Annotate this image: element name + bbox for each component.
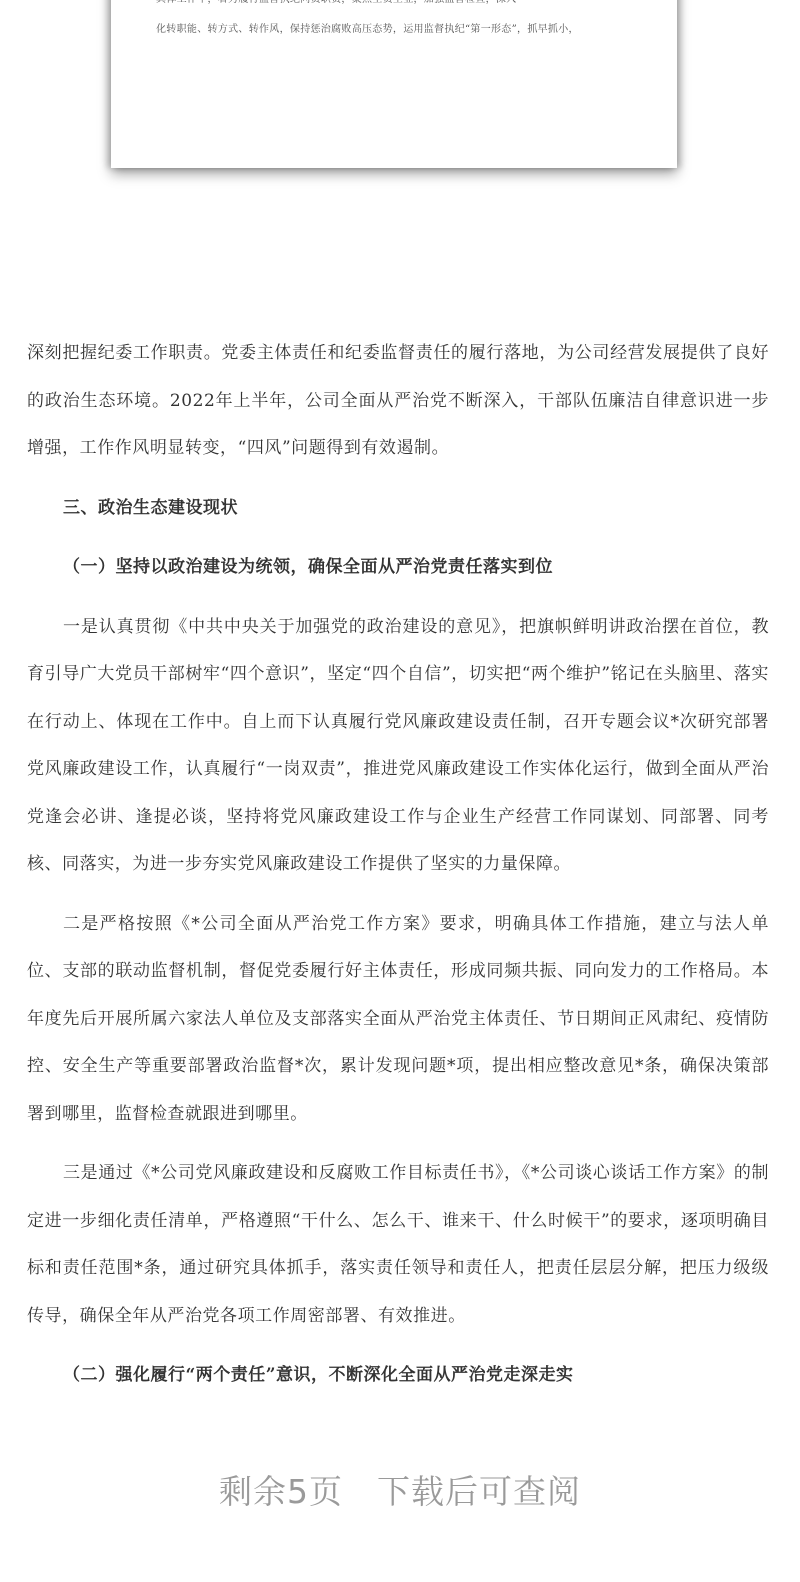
section-heading-3: 三、政治生态建设现状 <box>27 485 769 533</box>
document-body: 深刻把握纪委工作职责。党委主体责任和纪委监督责任的履行落地，为公司经营发展提供了… <box>27 330 769 1400</box>
preview-last-line: 化转职能、转方式、转作风，保持惩治腐败高压态势，运用监督执纪“第一形态”，抓早抓… <box>156 20 579 35</box>
remaining-pages-label: 剩余5页 <box>219 1466 343 1513</box>
subsection-heading-1: （一）坚持以政治建设为统领，确保全面从严治党责任落实到位 <box>27 544 769 592</box>
download-hint-label: 下载后可查阅 <box>377 1466 581 1513</box>
document-page-preview: 具体工作中，着力履行监督执纪问责职责，聚焦主责主业，加强监督检查，深入 化转职能… <box>111 0 677 168</box>
preview-clipped-line: 具体工作中，着力履行监督执纪问责职责，聚焦主责主业，加强监督检查，深入 <box>156 0 517 5</box>
subsection-heading-2: （二）强化履行“两个责任”意识，不断深化全面从严治党走深走实 <box>27 1352 769 1400</box>
paragraph-intro: 深刻把握纪委工作职责。党委主体责任和纪委监督责任的履行落地，为公司经营发展提供了… <box>27 330 769 473</box>
paragraph-point-2: 二是严格按照《*公司全面从严治党工作方案》要求，明确具体工作措施，建立与法人单位… <box>27 901 769 1139</box>
paragraph-point-3: 三是通过《*公司党风廉政建设和反腐败工作目标责任书》，《*公司谈心谈话工作方案》… <box>27 1150 769 1340</box>
paragraph-point-1: 一是认真贯彻《中共中央关于加强党的政治建设的意见》，把旗帜鲜明讲政治摆在首位，教… <box>27 604 769 889</box>
remaining-pages-banner[interactable]: 剩余5页下载后可查阅 <box>0 1466 800 1513</box>
